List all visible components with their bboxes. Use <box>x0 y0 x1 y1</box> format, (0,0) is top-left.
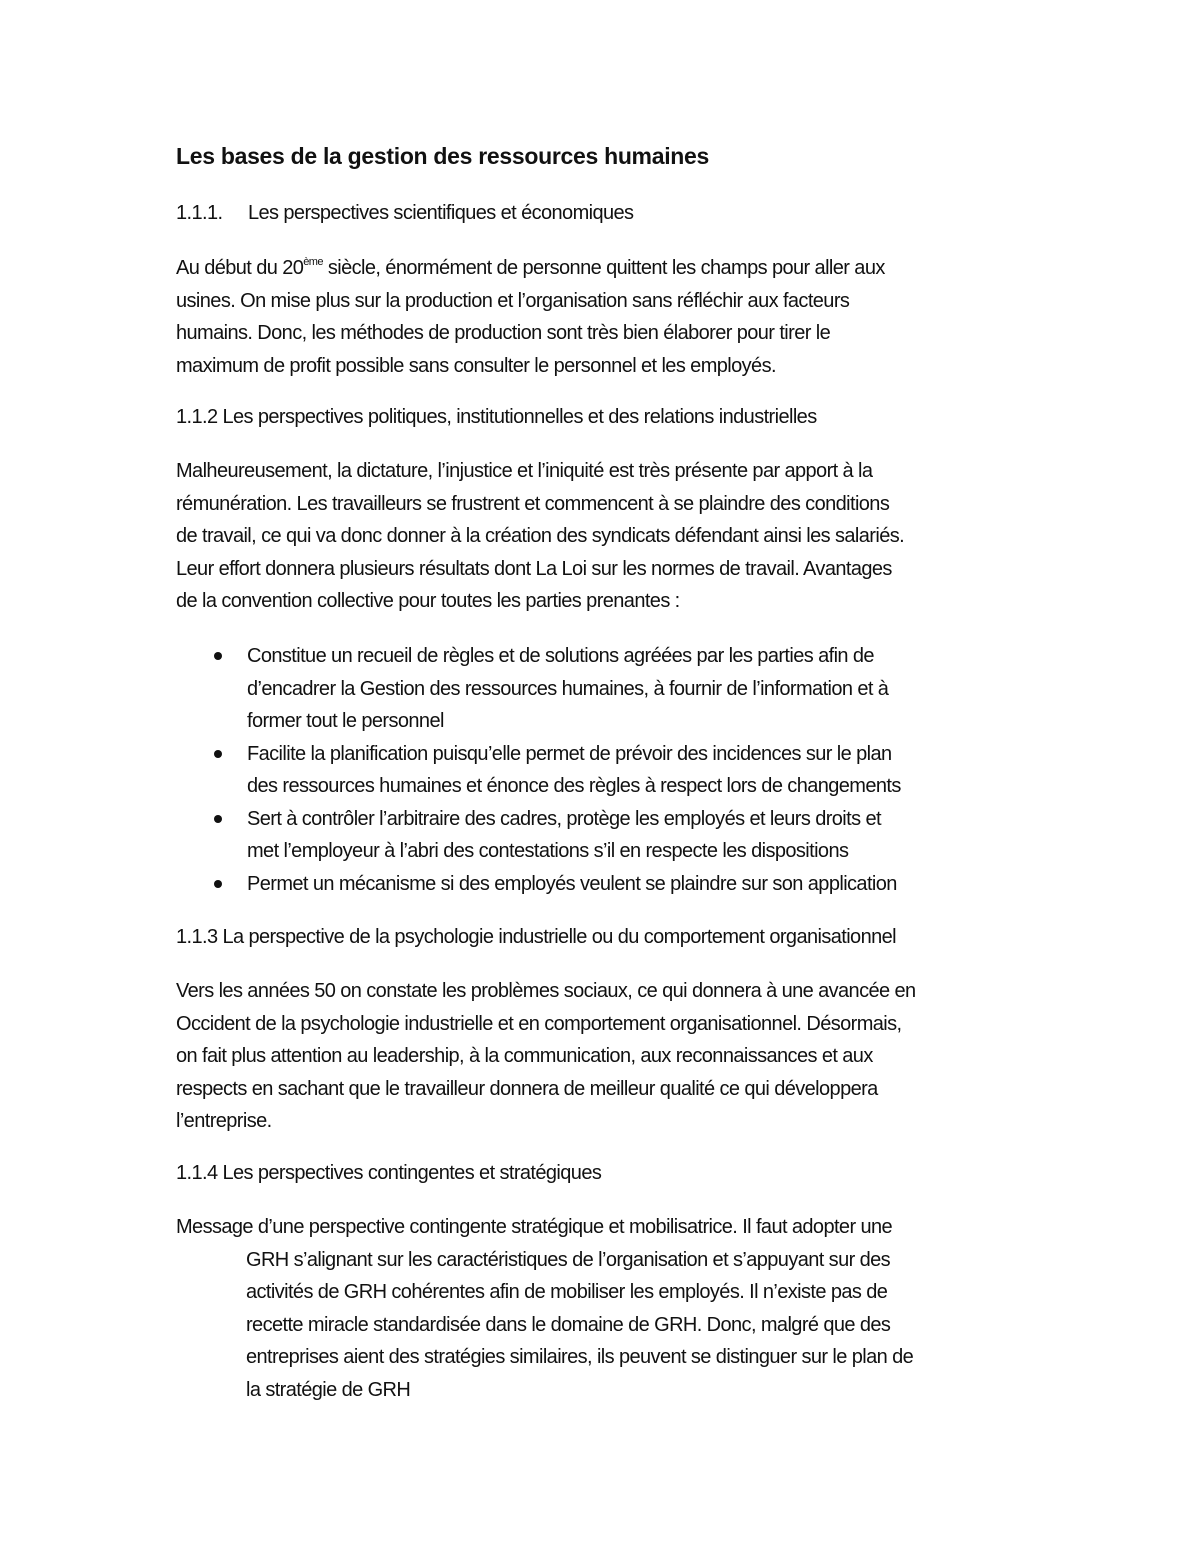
paragraph-line: Message d’une perspective contingente st… <box>176 1211 913 1244</box>
section-heading-1-1-3: 1.1.3 La perspective de la psychologie i… <box>176 926 896 949</box>
paragraph-line: Malheureusement, la dictature, l’injusti… <box>176 455 904 488</box>
paragraph-line: la stratégie de GRH <box>176 1374 913 1407</box>
bullet-icon <box>214 652 222 660</box>
paragraph-line: de la convention collective pour toutes … <box>176 585 904 618</box>
list-item: Sert à contrôler l’arbitraire des cadres… <box>176 803 901 868</box>
paragraph-1-1-4: Message d’une perspective contingente st… <box>176 1211 913 1406</box>
paragraph-line: Vers les années 50 on constate les probl… <box>176 975 916 1008</box>
paragraph-line: activités de GRH cohérentes afin de mobi… <box>176 1276 913 1309</box>
section-heading-text: Les perspectives scientifiques et économ… <box>248 202 633 224</box>
section-heading-1-1-4: 1.1.4 Les perspectives contingentes et s… <box>176 1162 601 1185</box>
paragraph-line: entreprises aient des stratégies similai… <box>176 1341 913 1374</box>
document-title: Les bases de la gestion des ressources h… <box>176 143 709 170</box>
paragraph-line: Occident de la psychologie industrielle … <box>176 1008 916 1041</box>
paragraph-1-1-2: Malheureusement, la dictature, l’injusti… <box>176 455 904 618</box>
paragraph-line: Leur effort donnera plusieurs résultats … <box>176 553 904 586</box>
bullet-icon <box>214 880 222 888</box>
paragraph-line: humains. Donc, les méthodes de productio… <box>176 317 885 350</box>
paragraph-line: GRH s’alignant sur les caractéristiques … <box>176 1244 913 1277</box>
paragraph-line: rémunération. Les travailleurs se frustr… <box>176 488 904 521</box>
section-number: 1.1.1. <box>176 202 248 225</box>
bullet-icon <box>214 815 222 823</box>
paragraph-line: l’entreprise. <box>176 1105 916 1138</box>
paragraph-line: de travail, ce qui va donc donner à la c… <box>176 520 904 553</box>
paragraph-line: recette miracle standardisée dans le dom… <box>176 1309 913 1342</box>
paragraph-1-1-3: Vers les années 50 on constate les probl… <box>176 975 916 1138</box>
paragraph-1-1-1: Au début du 20ème siècle, énormément de … <box>176 252 885 382</box>
paragraph-line: respects en sachant que le travailleur d… <box>176 1073 916 1106</box>
section-heading-1-1-2: 1.1.2 Les perspectives politiques, insti… <box>176 406 817 429</box>
paragraph-line: maximum de profit possible sans consulte… <box>176 350 885 383</box>
document-page: Les bases de la gestion des ressources h… <box>0 0 1200 1553</box>
superscript: ème <box>303 256 323 268</box>
list-item: Constitue un recueil de règles et de sol… <box>176 640 901 738</box>
paragraph-line: Au début du 20ème siècle, énormément de … <box>176 252 885 285</box>
paragraph-line: on fait plus attention au leadership, à … <box>176 1040 916 1073</box>
list-item: Permet un mécanisme si des employés veul… <box>176 868 901 901</box>
bullet-icon <box>214 750 222 758</box>
paragraph-line: usines. On mise plus sur la production e… <box>176 285 885 318</box>
list-item: Facilite la planification puisqu’elle pe… <box>176 738 901 803</box>
section-heading-1-1-1: 1.1.1.Les perspectives scientifiques et … <box>176 202 633 225</box>
advantages-bullet-list: Constitue un recueil de règles et de sol… <box>176 640 901 900</box>
